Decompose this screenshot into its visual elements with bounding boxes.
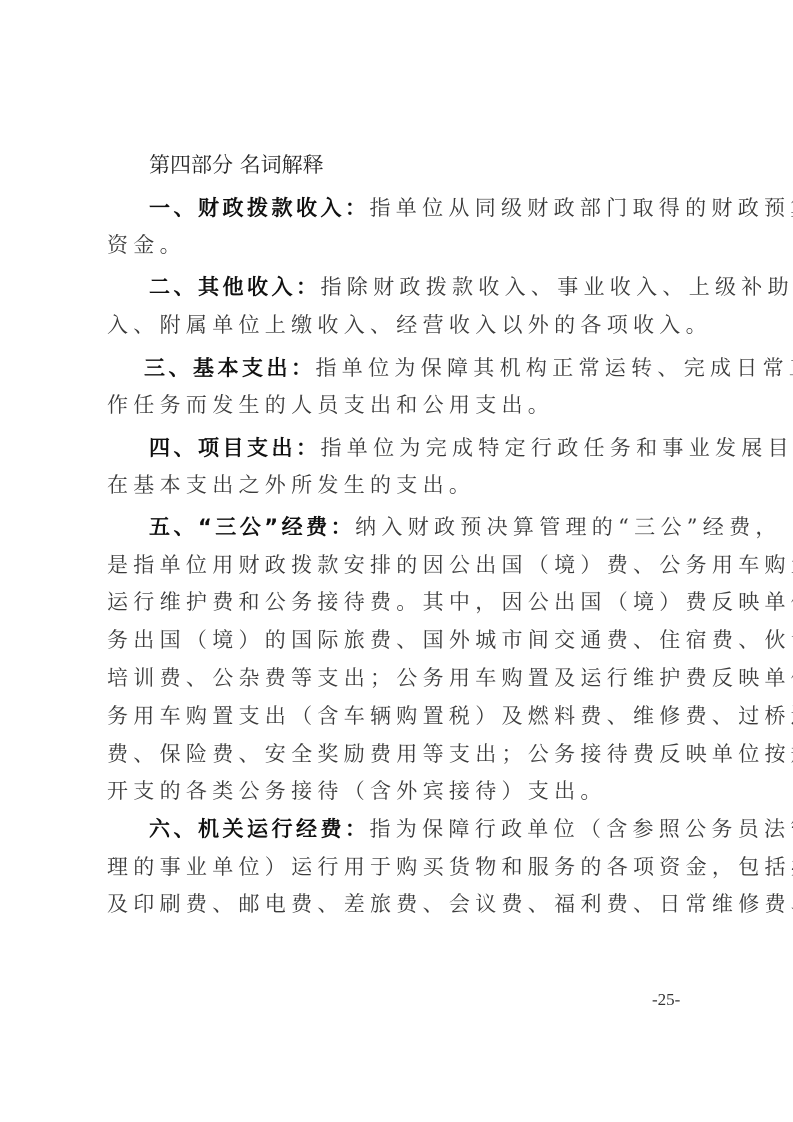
paragraph-5-line: 培训费、公杂费等支出；公务用车购置及运行维护费反映单位公 bbox=[107, 665, 707, 691]
page-number: -25- bbox=[652, 990, 680, 1010]
definition-text: 指单位为保障其机构正常运转、完成日常工 bbox=[316, 356, 793, 380]
definition-text: 指除财政拨款收入、事业收入、上级补助收 bbox=[321, 275, 793, 299]
section-title: 第四部分 名词解释 bbox=[149, 152, 749, 178]
term-label: 五、“三公”经费： bbox=[149, 515, 355, 539]
paragraph-3-line: 作任务而发生的人员支出和公用支出。 bbox=[107, 392, 707, 418]
term-label: 四、项目支出： bbox=[149, 436, 321, 460]
paragraph-6-first-line: 六、机关运行经费：指为保障行政单位（含参照公务员法管 bbox=[149, 816, 749, 842]
definition-text: 指单位为完成特定行政任务和事业发展目标 bbox=[321, 436, 793, 460]
paragraph-4-line: 在基本支出之外所发生的支出。 bbox=[107, 472, 707, 498]
paragraph-2-first-line: 二、其他收入：指除财政拨款收入、事业收入、上级补助收 bbox=[149, 274, 749, 300]
term-label: 三、基本支出： bbox=[144, 356, 316, 380]
paragraph-1-line: 资金。 bbox=[107, 232, 707, 258]
paragraph-6-line: 及印刷费、邮电费、差旅费、会议费、福利费、日常维修费、专 bbox=[107, 891, 707, 917]
paragraph-5-line: 开支的各类公务接待（含外宾接待）支出。 bbox=[107, 778, 707, 804]
definition-text: 指单位从同级财政部门取得的财政预算 bbox=[370, 196, 793, 220]
paragraph-2-line: 入、附属单位上缴收入、经营收入以外的各项收入。 bbox=[107, 312, 707, 338]
definition-text: 纳入财政预决算管理的“三公”经费， bbox=[355, 515, 782, 539]
paragraph-1-first-line: 一、财政拨款收入：指单位从同级财政部门取得的财政预算 bbox=[149, 195, 749, 221]
term-label: 六、机关运行经费： bbox=[149, 817, 370, 841]
paragraph-6-line: 理的事业单位）运行用于购买货物和服务的各项资金，包括办公 bbox=[107, 854, 707, 880]
paragraph-5-line: 费、保险费、安全奖励费用等支出；公务接待费反映单位按规定 bbox=[107, 741, 707, 767]
term-label: 一、财政拨款收入： bbox=[149, 196, 370, 220]
paragraph-5-line: 是指单位用财政拨款安排的因公出国（境）费、公务用车购置及 bbox=[107, 552, 707, 578]
paragraph-4-first-line: 四、项目支出：指单位为完成特定行政任务和事业发展目标 bbox=[149, 435, 749, 461]
paragraph-5-line: 务用车购置支出（含车辆购置税）及燃料费、维修费、过桥过路 bbox=[107, 703, 707, 729]
definition-text: 指为保障行政单位（含参照公务员法管 bbox=[370, 817, 793, 841]
paragraph-5-line: 运行维护费和公务接待费。其中，因公出国（境）费反映单位公 bbox=[107, 589, 707, 615]
paragraph-5-first-line: 五、“三公”经费：纳入财政预决算管理的“三公”经费， bbox=[149, 514, 749, 540]
paragraph-3-first-line: 三、基本支出：指单位为保障其机构正常运转、完成日常工 bbox=[144, 355, 744, 381]
term-label: 二、其他收入： bbox=[149, 275, 321, 299]
paragraph-5-line: 务出国（境）的国际旅费、国外城市间交通费、住宿费、伙食费、 bbox=[107, 627, 707, 653]
document-page: 第四部分 名词解释 一、财政拨款收入：指单位从同级财政部门取得的财政预算 资金。… bbox=[0, 0, 793, 1122]
